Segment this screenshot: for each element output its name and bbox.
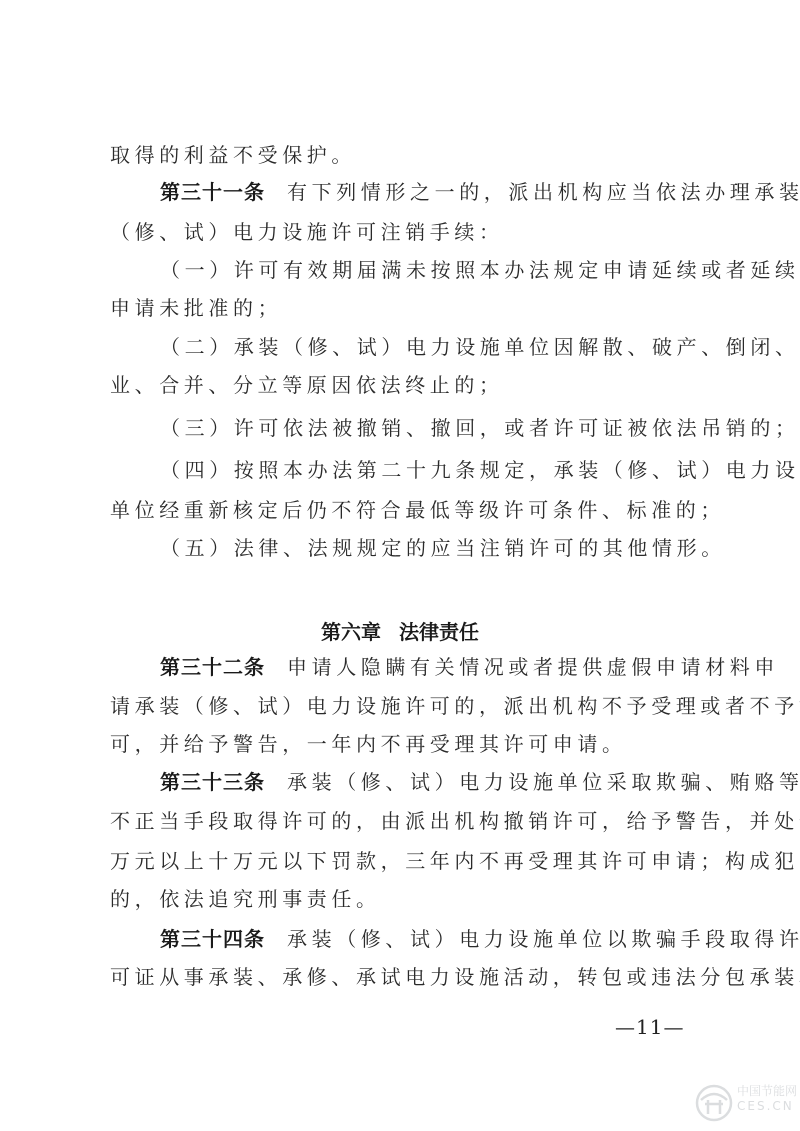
line-text: 可证从事承装、承修、承试电力设施活动，转包或违法分包承装、	[110, 965, 800, 989]
text-line: 不正当手段取得许可的，由派出机构撤销许可，给予警告，并处一	[110, 809, 695, 833]
watermark-text: 中国节能网	[737, 1082, 797, 1099]
line-text: （修、试）电力设施许可注销手续：	[110, 220, 504, 244]
line-text: 的，依法追究刑事责任。	[110, 887, 381, 911]
text-line: （五）法律、法规规定的应当注销许可的其他情形。	[160, 536, 695, 560]
line-text: （三）许可依法被撤销、撤回，或者许可证被依法吊销的；	[160, 416, 800, 440]
line-text: 申请人隐瞒有关情况或者提供虚假申请材料申	[287, 655, 779, 679]
article-number: 第三十三条	[160, 770, 265, 794]
line-text: 单位经重新核定后仍不符合最低等级许可条件、标准的；	[110, 498, 725, 522]
text-line: 申请未批准的；	[110, 296, 695, 320]
chapter-number: 第六章	[321, 620, 381, 644]
watermark: 中国节能网 CES.CN	[695, 1080, 800, 1125]
chapter-heading: 第六章法律责任	[0, 616, 800, 645]
document-page: 取得的利益不受保护。第三十一条有下列情形之一的，派出机构应当依法办理承装（修、试…	[0, 0, 800, 1131]
article-heading-line: 第三十二条申请人隐瞒有关情况或者提供虚假申请材料申	[160, 655, 695, 679]
page-number: —11—	[615, 1015, 684, 1039]
text-line: 请承装（修、试）电力设施许可的，派出机构不予受理或者不予许	[110, 694, 695, 718]
text-line: 的，依法追究刑事责任。	[110, 887, 695, 911]
line-text: 申请未批准的；	[110, 296, 282, 320]
article-heading-line: 第三十一条有下列情形之一的，派出机构应当依法办理承装	[160, 180, 695, 204]
line-text: 承装（修、试）电力设施单位采取欺骗、贿赂等	[287, 770, 800, 794]
watermark-logo-icon	[695, 1084, 733, 1122]
line-text: （四）按照本办法第二十九条规定，承装（修、试）电力设施	[160, 458, 800, 482]
line-text: 承装（修、试）电力设施单位以欺骗手段取得许	[287, 927, 800, 951]
article-heading-line: 第三十四条承装（修、试）电力设施单位以欺骗手段取得许	[160, 927, 695, 951]
article-number: 第三十四条	[160, 927, 265, 951]
text-line: （一）许可有效期届满未按照本办法规定申请延续或者延续	[160, 258, 695, 282]
line-text: 不正当手段取得许可的，由派出机构撤销许可，给予警告，并处一	[110, 809, 800, 833]
line-text: （二）承装（修、试）电力设施单位因解散、破产、倒闭、歇	[160, 335, 800, 359]
text-line: （四）按照本办法第二十九条规定，承装（修、试）电力设施	[160, 458, 695, 482]
line-text: 请承装（修、试）电力设施许可的，派出机构不予受理或者不予许	[110, 694, 800, 718]
article-number: 第三十二条	[160, 655, 265, 679]
line-text: 有下列情形之一的，派出机构应当依法办理承装	[287, 180, 800, 204]
line-text: 万元以上十万元以下罚款，三年内不再受理其许可申请；构成犯罪	[110, 849, 800, 873]
line-text: 业、合并、分立等原因依法终止的；	[110, 373, 504, 397]
text-line: 单位经重新核定后仍不符合最低等级许可条件、标准的；	[110, 498, 695, 522]
line-text: （一）许可有效期届满未按照本办法规定申请延续或者延续	[160, 258, 800, 282]
line-text: （五）法律、法规规定的应当注销许可的其他情形。	[160, 536, 726, 560]
text-line: 万元以上十万元以下罚款，三年内不再受理其许可申请；构成犯罪	[110, 849, 695, 873]
line-text: 取得的利益不受保护。	[110, 143, 356, 167]
text-line: 取得的利益不受保护。	[110, 143, 695, 167]
text-line: 业、合并、分立等原因依法终止的；	[110, 373, 695, 397]
text-line: 可，并给予警告，一年内不再受理其许可申请。	[110, 732, 695, 756]
watermark-domain: CES.CN	[737, 1099, 794, 1113]
text-line: 可证从事承装、承修、承试电力设施活动，转包或违法分包承装、	[110, 965, 695, 989]
article-heading-line: 第三十三条承装（修、试）电力设施单位采取欺骗、贿赂等	[160, 770, 695, 794]
text-line: （修、试）电力设施许可注销手续：	[110, 220, 695, 244]
text-line: （三）许可依法被撤销、撤回，或者许可证被依法吊销的；	[160, 416, 695, 440]
text-line: （二）承装（修、试）电力设施单位因解散、破产、倒闭、歇	[160, 335, 695, 359]
line-text: 可，并给予警告，一年内不再受理其许可申请。	[110, 732, 627, 756]
chapter-title: 法律责任	[399, 620, 479, 644]
article-number: 第三十一条	[160, 180, 265, 204]
